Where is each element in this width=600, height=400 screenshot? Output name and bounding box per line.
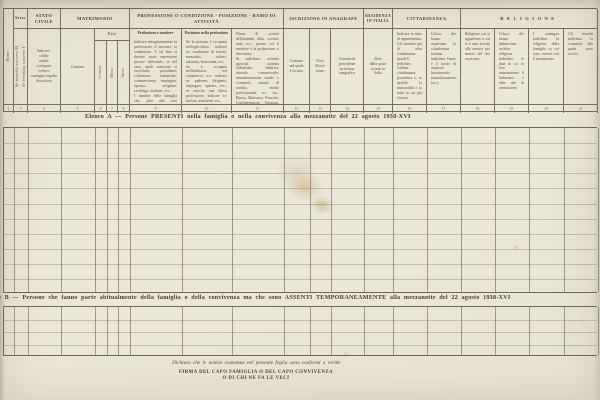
column-number: 2 [4,104,14,113]
grid-column-rule [284,307,285,355]
column-religione-appartenenza: Religione cui si appartiene o cui si è s… [461,29,495,104]
grid-column-rule [118,307,119,355]
professione-col3-text: Nome di società dell'azienda, ditta, soc… [234,30,281,104]
column-matrimonio-comune: Comune [61,29,95,104]
column-iscrizione-comune: Comune nel quale è iscritto [284,29,310,104]
column-nome: Nome [4,9,14,104]
grid-column-rule [14,307,15,355]
column-residenza-desc: Data dalla quale risiede in Italia [364,29,393,104]
grid-column-rule [427,307,428,355]
grid-column-rule [61,307,62,355]
mese-label: Mese [110,68,115,77]
grid-column-rule [393,307,394,355]
professione-col1-head: Professione e mestiere [132,31,179,36]
column-professione-mestiere: Professione e mestiere Indicare dettagli… [130,29,182,104]
declaration-text: Dichiaro che le notizie contenute nel pr… [0,360,512,366]
column-nome-azienda: Nome di società dell'azienda, ditta, soc… [232,29,284,104]
grid-column-rule [14,128,15,292]
professione-col2-head: Posizione nella professione [184,31,229,36]
grid-row-rule [4,332,597,333]
grid-row-rule [4,279,597,280]
religione-col1-text: Religione cui si appartiene o cui si è s… [463,30,492,64]
caption-elenco-b: Elenco B — Persone che fanno parte abitu… [0,294,510,301]
grid-column-rule [284,128,285,292]
grid-column-rule [118,128,119,292]
grid-row-rule [4,204,597,205]
column-number: 15 [364,104,393,113]
religione-col2-text: Coloro che hanno abbracciata un'altra re… [497,30,526,93]
column-number: 21 [564,104,598,113]
religione-col4-text: Gli israeliti indichino la comunità alla… [566,30,595,59]
grid-column-rule [331,128,332,292]
column-number: 12 [284,104,310,113]
column-religione-conversione: Coloro che hanno abbracciata un'altra re… [495,29,529,104]
column-cittadinanza-stato: Indicare lo stato di appartenenza. Gli s… [393,29,427,104]
grid-row-rule [4,320,597,321]
grid-column-rule [427,128,428,292]
religione-col3-text: I coniugati indichino la religione della… [531,30,561,64]
sesso-desc-m: Se maschio scrivere M [15,46,20,87]
grid-row-rule [4,219,597,220]
grid-column-rule [364,128,365,292]
column-number: 8 [118,104,130,113]
column-mese: Mese [107,41,118,104]
grid-column-rule [28,128,29,292]
cittadinanza-col1-text: Indicare lo stato di appartenenza. Gli s… [395,30,424,103]
column-sesso-desc: Se maschio scrivere M Se femmina scriver… [14,29,28,104]
column-number: 14 [331,104,364,113]
firma-line-2: O DI CHI NE FA LE VECI [0,375,512,382]
grid-column-rule [130,128,131,292]
grid-column-rule [130,307,131,355]
group-matrimonio-title: MATRIMONIO [61,9,130,29]
census-sheet: { "form": { "captions": { "elenco_a": "E… [0,0,600,400]
grid-column-rule [61,128,62,292]
column-cittadinanza-acquisto: Coloro che hanno acquistato la cittadina… [427,29,461,104]
group-residenza-title: RESIDENZA IN ITALIA [364,9,393,29]
grid-row-rule [4,158,597,159]
professione-col1-text: Indicare dettagliatamente la professione… [132,38,179,104]
grid-column-rule [529,128,530,292]
footer-declaration-block: Dichiaro che le notizie contenute nel pr… [0,360,512,382]
grid-column-rule [461,128,462,292]
header-table: Nome Sesso Se maschio scrivere M Se femm… [3,8,597,112]
grid-column-rule [95,128,96,292]
column-number: 6 [95,104,107,113]
group-stato-civile-title: STATO CIVILE [28,9,61,29]
group-cittadinanza-title: CITTADINANZA [393,9,461,29]
cittadinanza-col2-text: Coloro che hanno acquistato la cittadina… [429,30,458,88]
column-number: 18 [461,104,495,113]
grid-column-rule [364,307,365,355]
grid-row-rule [4,264,597,265]
grid-elenco-a [3,127,597,293]
grid-column-rule [232,128,233,292]
grid-row-rule [4,173,597,174]
grid-column-rule [331,307,332,355]
grid-row-rule [4,143,597,144]
grid-column-rule [495,307,496,355]
nome-label: Nome [6,51,11,61]
sesso-desc-f: Se femmina scrivere F [22,46,27,87]
grid-row-rule [4,249,597,250]
column-number: 5 [61,104,95,113]
grid-column-rule [495,128,496,292]
grid-row-rule [4,188,597,189]
column-religione-comunita: Gli israeliti indichino la comunità alla… [564,29,598,104]
grid-elenco-b [3,306,597,356]
grid-column-rule [310,307,311,355]
column-number: 16 [393,104,427,113]
column-number: 4 [28,104,61,113]
grid-row-rule [4,345,597,346]
group-professione-title: PROFESSIONE O CONDIZIONE - POSIZIONE - R… [130,9,284,29]
column-iscrizione-precedente: Comune di precedente iscrizione anagrafi… [331,29,364,104]
subgroup-data-title: Data [95,29,130,41]
giorno-label: Giorno [98,66,103,79]
grid-column-rule [564,128,565,292]
grid-column-rule [529,307,530,355]
column-iscrizione-data: Data d'iscri- zione [310,29,331,104]
caption-elenco-a: Elenco A — Persone PRESENTI nella famigl… [85,113,411,120]
grid-column-rule [107,307,108,355]
grid-column-rule [107,128,108,292]
column-posizione-professione: Posizione nella professione Se la person… [182,29,232,104]
column-sesso-title: Sesso [14,9,28,29]
column-anno: Anno [118,41,130,104]
column-religione-coniugati: I coniugati indichino la religione della… [529,29,564,104]
professione-col2-text: Se la persona è occupata nell'agricoltur… [184,38,229,104]
column-number: 7 [107,104,118,113]
grid-column-rule [182,307,183,355]
grid-column-rule [182,128,183,292]
grid-column-rule [598,307,599,355]
column-stato-civile-desc: Indicare: celibe nubile coniugato vedovo… [28,29,61,104]
grid-column-rule [598,128,599,292]
grid-column-rule [310,128,311,292]
column-number: 19 [495,104,529,113]
column-giorno: Giorno [95,41,107,104]
group-iscrizione-title: ISCRIZIONE IN ANAGRAFE [284,9,364,29]
column-number: 11 [232,104,284,113]
grid-row-rule [4,234,597,235]
column-number: 3 [14,104,28,113]
grid-column-rule [564,307,565,355]
grid-column-rule [95,307,96,355]
grid-column-rule [232,307,233,355]
column-number: 13 [310,104,331,113]
column-number: 20 [529,104,564,113]
grid-column-rule [461,307,462,355]
column-number: 10 [182,104,232,113]
grid-column-rule [393,128,394,292]
column-number: 17 [427,104,461,113]
group-religione-title: RELIGIONE [461,9,598,29]
column-number: 9 [130,104,182,113]
anno-label: Anno [121,68,126,78]
grid-column-rule [28,307,29,355]
